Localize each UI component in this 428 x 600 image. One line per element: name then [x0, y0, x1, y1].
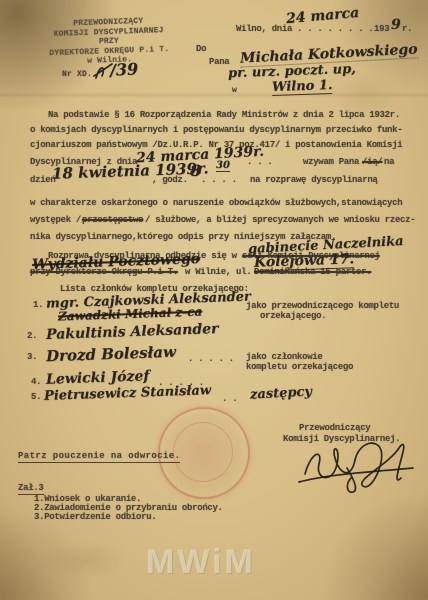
member-name-handwritten: Drozd Bolesław — [46, 343, 176, 366]
member-role: jako przewodniczącego kompletu — [246, 301, 399, 311]
member-number: 1. — [33, 300, 43, 310]
street-handwritten: Kolejowa 17. — [254, 251, 355, 271]
hearing-hour-handwritten: 8 — [190, 161, 201, 180]
body-line: w charakterze oskarżonego o naruszenie o… — [30, 198, 402, 208]
dateline-year: 193 — [374, 24, 389, 34]
body-line-part: , godz. — [152, 175, 188, 185]
dateline-dots: . . . . . . . . — [297, 24, 374, 34]
addressee-city-handwritten: Wilno 1. — [272, 78, 333, 96]
member-number: 5. — [31, 392, 41, 402]
addressee-to: Do — [196, 44, 206, 54]
struck-text: przy Dyrektorze Okręgu P.i T. — [30, 267, 178, 277]
member-role: kompletu orzekającego — [246, 362, 353, 372]
body-line-part: / służbowe, a bliżej sprecyzowanych we w… — [145, 215, 415, 225]
reference-number-handwritten: /39 — [110, 59, 139, 79]
hearing-minutes-handwritten: 30 — [216, 160, 230, 172]
member-substitutes-handwritten: zastępcy — [250, 384, 313, 402]
member-dots: . . — [222, 394, 237, 404]
struck-text: /ią/ — [362, 157, 382, 167]
dateline-place: Wilno, dnia — [236, 24, 292, 34]
member-number: 4. — [31, 377, 41, 387]
struck-text: przestępstwo — [82, 215, 143, 225]
member-dots: . . . . . — [188, 354, 234, 364]
document-scan: PRZEWODNICZĄCY KOMISJI DYSCYPLINARNEJ PR… — [0, 0, 428, 600]
member-number: 2. — [27, 331, 37, 341]
dateline-suffix: r. — [402, 24, 412, 34]
addressee-w: w — [232, 86, 237, 95]
body-line: Na podstawie § 16 Rozporządzenia Rady Mi… — [48, 110, 400, 120]
body-line-part: na — [384, 157, 394, 167]
body-line-part: występek / — [30, 215, 81, 225]
year-digit-handwritten: 9 — [391, 17, 401, 33]
reverse-side-note: Patrz pouczenie na odwrocie. — [18, 451, 180, 463]
addressee-role-handwritten: pr. urz. poczt. up, — [228, 62, 356, 81]
closing-title: Przewodniczący — [299, 423, 370, 433]
body-line: o komisjach dyscyplinarnych i postępowan… — [30, 125, 402, 135]
member-role: jako członkowie — [246, 352, 323, 362]
body-line-part: na rozprawę dyscyplinarną — [250, 175, 378, 185]
signature-handwritten — [293, 434, 421, 496]
body-dots: . . . — [247, 157, 273, 167]
round-stamp-inner-ring — [173, 422, 233, 482]
body-line-part: w Wilnie, ul. — [185, 267, 251, 277]
body-dots: . . . . — [201, 175, 237, 185]
museum-watermark: MWiM — [146, 543, 256, 582]
paper-stain — [40, 540, 130, 580]
member-role: orzekającego. — [260, 311, 326, 321]
attachment-item: 3.Potwierdzenie odbioru. — [34, 512, 156, 522]
addressee-pan: Pana — [209, 57, 229, 67]
member-number: 3. — [27, 352, 37, 362]
member-name-handwritten: Pakultinis Aleksander — [46, 321, 219, 343]
reference-number-prefix: Nr XD. — [62, 70, 92, 79]
body-line-part: wzywam Pana — [303, 157, 359, 167]
